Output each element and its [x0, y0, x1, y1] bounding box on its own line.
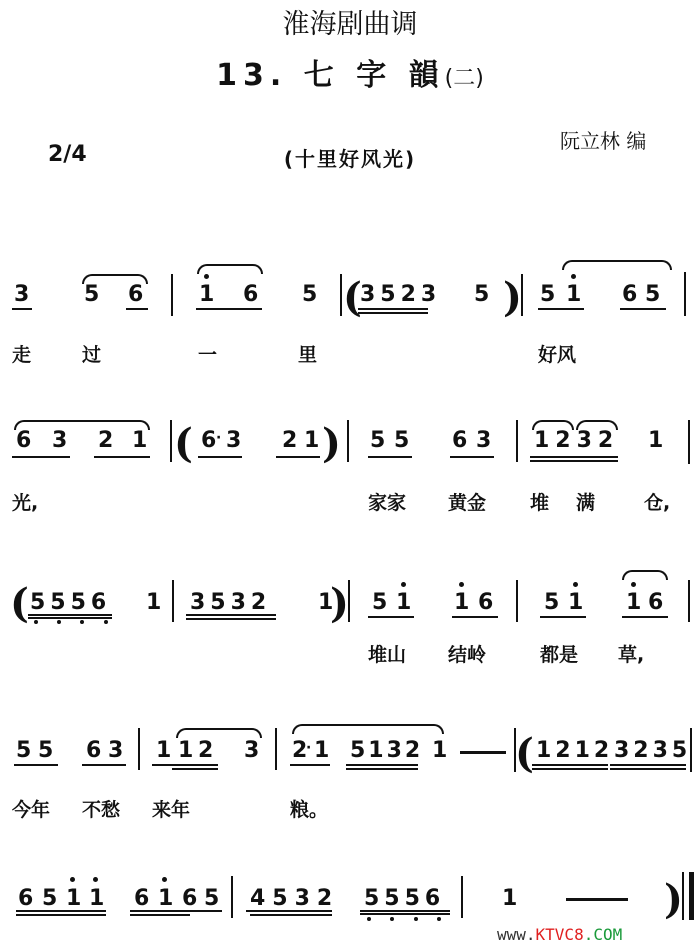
tune-name: (十里好风光): [0, 143, 700, 172]
underline: [358, 312, 428, 314]
underline: [172, 768, 218, 770]
note: 1: [314, 740, 329, 762]
note: 3: [14, 284, 29, 306]
underline: [126, 308, 148, 310]
high-octave-dot: [571, 274, 576, 279]
barline: [275, 728, 277, 770]
low-octave-dot: [80, 620, 84, 624]
underline: [620, 308, 666, 310]
note: 3: [226, 430, 241, 452]
lyric: 一: [198, 340, 217, 367]
close-paren: ): [322, 424, 341, 464]
underline: [610, 768, 686, 770]
underline: [28, 614, 112, 616]
note: 5: [204, 888, 219, 910]
note: 5: [645, 284, 660, 306]
lyric: 仓,: [644, 488, 670, 515]
lyric: 堆: [530, 488, 549, 515]
barline: [340, 274, 342, 316]
close-paren: ): [330, 584, 349, 624]
high-octave-dot: [93, 877, 98, 882]
note: 1: [432, 740, 447, 762]
underline: [540, 616, 586, 618]
high-octave-dot: [631, 582, 636, 587]
low-octave-dot: [367, 917, 371, 921]
slur: [622, 570, 668, 580]
note: 1: [132, 430, 147, 452]
barline: [516, 420, 518, 462]
slur: [562, 260, 672, 270]
slur: [176, 728, 262, 738]
note: 2: [282, 430, 297, 452]
note: 1: [648, 430, 663, 452]
final-barline-thin: [682, 872, 684, 920]
high-octave-dot: [401, 582, 406, 587]
low-octave-dot: [414, 917, 418, 921]
underline: [130, 914, 190, 916]
note: 1: [178, 740, 193, 762]
underline: [538, 308, 584, 310]
note: 5: [42, 888, 57, 910]
note-group: 3532: [190, 592, 271, 614]
underline: [16, 914, 106, 916]
watermark: www.KTVC8.COM: [497, 925, 622, 944]
underline: [360, 910, 450, 912]
note: 1: [454, 592, 469, 614]
watermark-brand: KTVC8: [536, 925, 584, 944]
note: 1: [626, 592, 641, 614]
note: 1: [396, 592, 411, 614]
note: 6: [86, 740, 101, 762]
note: 5: [540, 284, 555, 306]
note: 5: [370, 430, 385, 452]
note: 6: [201, 430, 216, 452]
high-octave-dot: [70, 877, 75, 882]
note: 6: [452, 430, 467, 452]
lyric: 来年: [152, 795, 190, 822]
underline: [82, 764, 126, 766]
note: 1: [304, 430, 319, 452]
low-octave-dot: [104, 620, 108, 624]
note: 5: [84, 284, 99, 306]
barline: [138, 728, 140, 770]
barline: [521, 274, 523, 316]
note: 3: [244, 740, 259, 762]
underline: [276, 456, 320, 458]
open-paren: (: [174, 424, 193, 464]
song-title: 13. 七 字 韻(二): [0, 50, 700, 94]
note: 6: [478, 592, 493, 614]
barline: [171, 274, 173, 316]
lyric: 里: [298, 340, 317, 367]
extension-dash: [460, 751, 506, 754]
note-group: 5132: [350, 740, 423, 762]
underline: [12, 308, 32, 310]
high-octave-dot: [573, 582, 578, 587]
note-group: 3235: [614, 740, 691, 762]
underline: [186, 618, 276, 620]
low-octave-dot: [34, 620, 38, 624]
underline: [530, 460, 618, 462]
final-barline-thick: [689, 872, 694, 920]
underline: [14, 764, 58, 766]
note-group: 5556: [364, 888, 445, 910]
note: 1: [199, 284, 214, 306]
open-paren: (: [10, 584, 29, 624]
lyric: 好风: [538, 340, 576, 367]
underline: [368, 616, 414, 618]
note: 6: [134, 888, 149, 910]
note-group: 5556: [30, 592, 111, 614]
note-group: 4532: [250, 888, 339, 910]
note: 6: [182, 888, 197, 910]
note: 1: [89, 888, 104, 910]
note: 6: [16, 430, 31, 452]
lyric: 草,: [618, 640, 644, 667]
lyric: 走: [12, 340, 31, 367]
lyric: 结岭: [448, 640, 486, 667]
note: 3: [476, 430, 491, 452]
underline: [530, 456, 618, 458]
barline: [688, 580, 690, 622]
underline: [246, 910, 332, 912]
note: 1: [158, 888, 173, 910]
underline: [94, 456, 150, 458]
barline: [172, 580, 174, 622]
underline: [16, 910, 106, 912]
lyric: 都是: [540, 640, 578, 667]
underline: [290, 764, 330, 766]
lyric: 过: [82, 340, 101, 367]
note: 5: [474, 284, 489, 306]
barline: [347, 420, 349, 462]
underline: [346, 764, 418, 766]
underline: [622, 616, 668, 618]
note: 3: [52, 430, 67, 452]
underline: [368, 456, 412, 458]
barline: [461, 876, 463, 918]
note: 3: [108, 740, 123, 762]
note: 1: [566, 284, 581, 306]
watermark-suffix: .COM: [584, 925, 623, 944]
slur: [292, 724, 444, 734]
barline: [516, 580, 518, 622]
high-octave-dot: [459, 582, 464, 587]
title-number: 13.: [216, 58, 287, 93]
note-group: 1232: [534, 430, 619, 452]
close-paren: ): [664, 880, 683, 920]
note: 5: [394, 430, 409, 452]
barline: [348, 580, 350, 622]
watermark-prefix: www.: [497, 925, 536, 944]
underline: [28, 617, 112, 619]
collection-title: 淮海剧曲调: [0, 2, 700, 41]
low-octave-dot: [437, 917, 441, 921]
note: 5: [302, 284, 317, 306]
note: 1: [146, 592, 161, 614]
underline: [196, 308, 262, 310]
underline: [360, 913, 450, 915]
note-group: 3523: [360, 284, 441, 306]
slur: [14, 420, 150, 430]
note: 2: [98, 430, 113, 452]
barline: [170, 420, 172, 462]
lyric: 堆山: [368, 640, 406, 667]
underline: [130, 910, 222, 912]
underline: [532, 764, 608, 766]
note: 1: [502, 888, 517, 910]
underline: [452, 616, 498, 618]
underline: [198, 456, 242, 458]
note: 5: [544, 592, 559, 614]
underline: [346, 768, 418, 770]
underline: [186, 614, 276, 616]
high-octave-dot: [204, 274, 209, 279]
underline: [12, 456, 70, 458]
title-main: 七 字 韻: [304, 58, 445, 93]
lyric: 黄金: [448, 488, 486, 515]
low-octave-dot: [57, 620, 61, 624]
barline: [690, 728, 692, 772]
note: 6: [648, 592, 663, 614]
note: 5: [372, 592, 387, 614]
barline: [688, 420, 690, 464]
note: 5: [16, 740, 31, 762]
low-octave-dot: [390, 917, 394, 921]
note: 1: [66, 888, 81, 910]
lyric: 今年: [12, 795, 50, 822]
lyric: 光,: [12, 488, 38, 515]
barline: [684, 272, 686, 316]
note: 2: [198, 740, 213, 762]
close-paren: ): [503, 278, 522, 318]
lyric: 粮。: [290, 795, 328, 822]
dot: ·: [216, 427, 221, 449]
note: 1: [156, 740, 171, 762]
underline: [532, 768, 608, 770]
note: 6: [243, 284, 258, 306]
underline: [450, 456, 494, 458]
underline: [152, 764, 218, 766]
underline: [358, 308, 428, 310]
note: 5: [38, 740, 53, 762]
lyric: 满: [576, 488, 595, 515]
underline: [610, 764, 686, 766]
note: 6: [18, 888, 33, 910]
lyric: 不愁: [82, 795, 120, 822]
note-group: 1212: [536, 740, 613, 762]
underline: [250, 914, 332, 916]
title-suffix: (二): [445, 66, 484, 91]
dot: ·: [306, 737, 311, 759]
slur: [197, 264, 263, 274]
extension-dash: [566, 898, 628, 901]
barline: [231, 876, 233, 918]
lyric: 家家: [368, 488, 406, 515]
note: 6: [622, 284, 637, 306]
high-octave-dot: [162, 877, 167, 882]
note: 6: [128, 284, 143, 306]
note: 1: [568, 592, 583, 614]
